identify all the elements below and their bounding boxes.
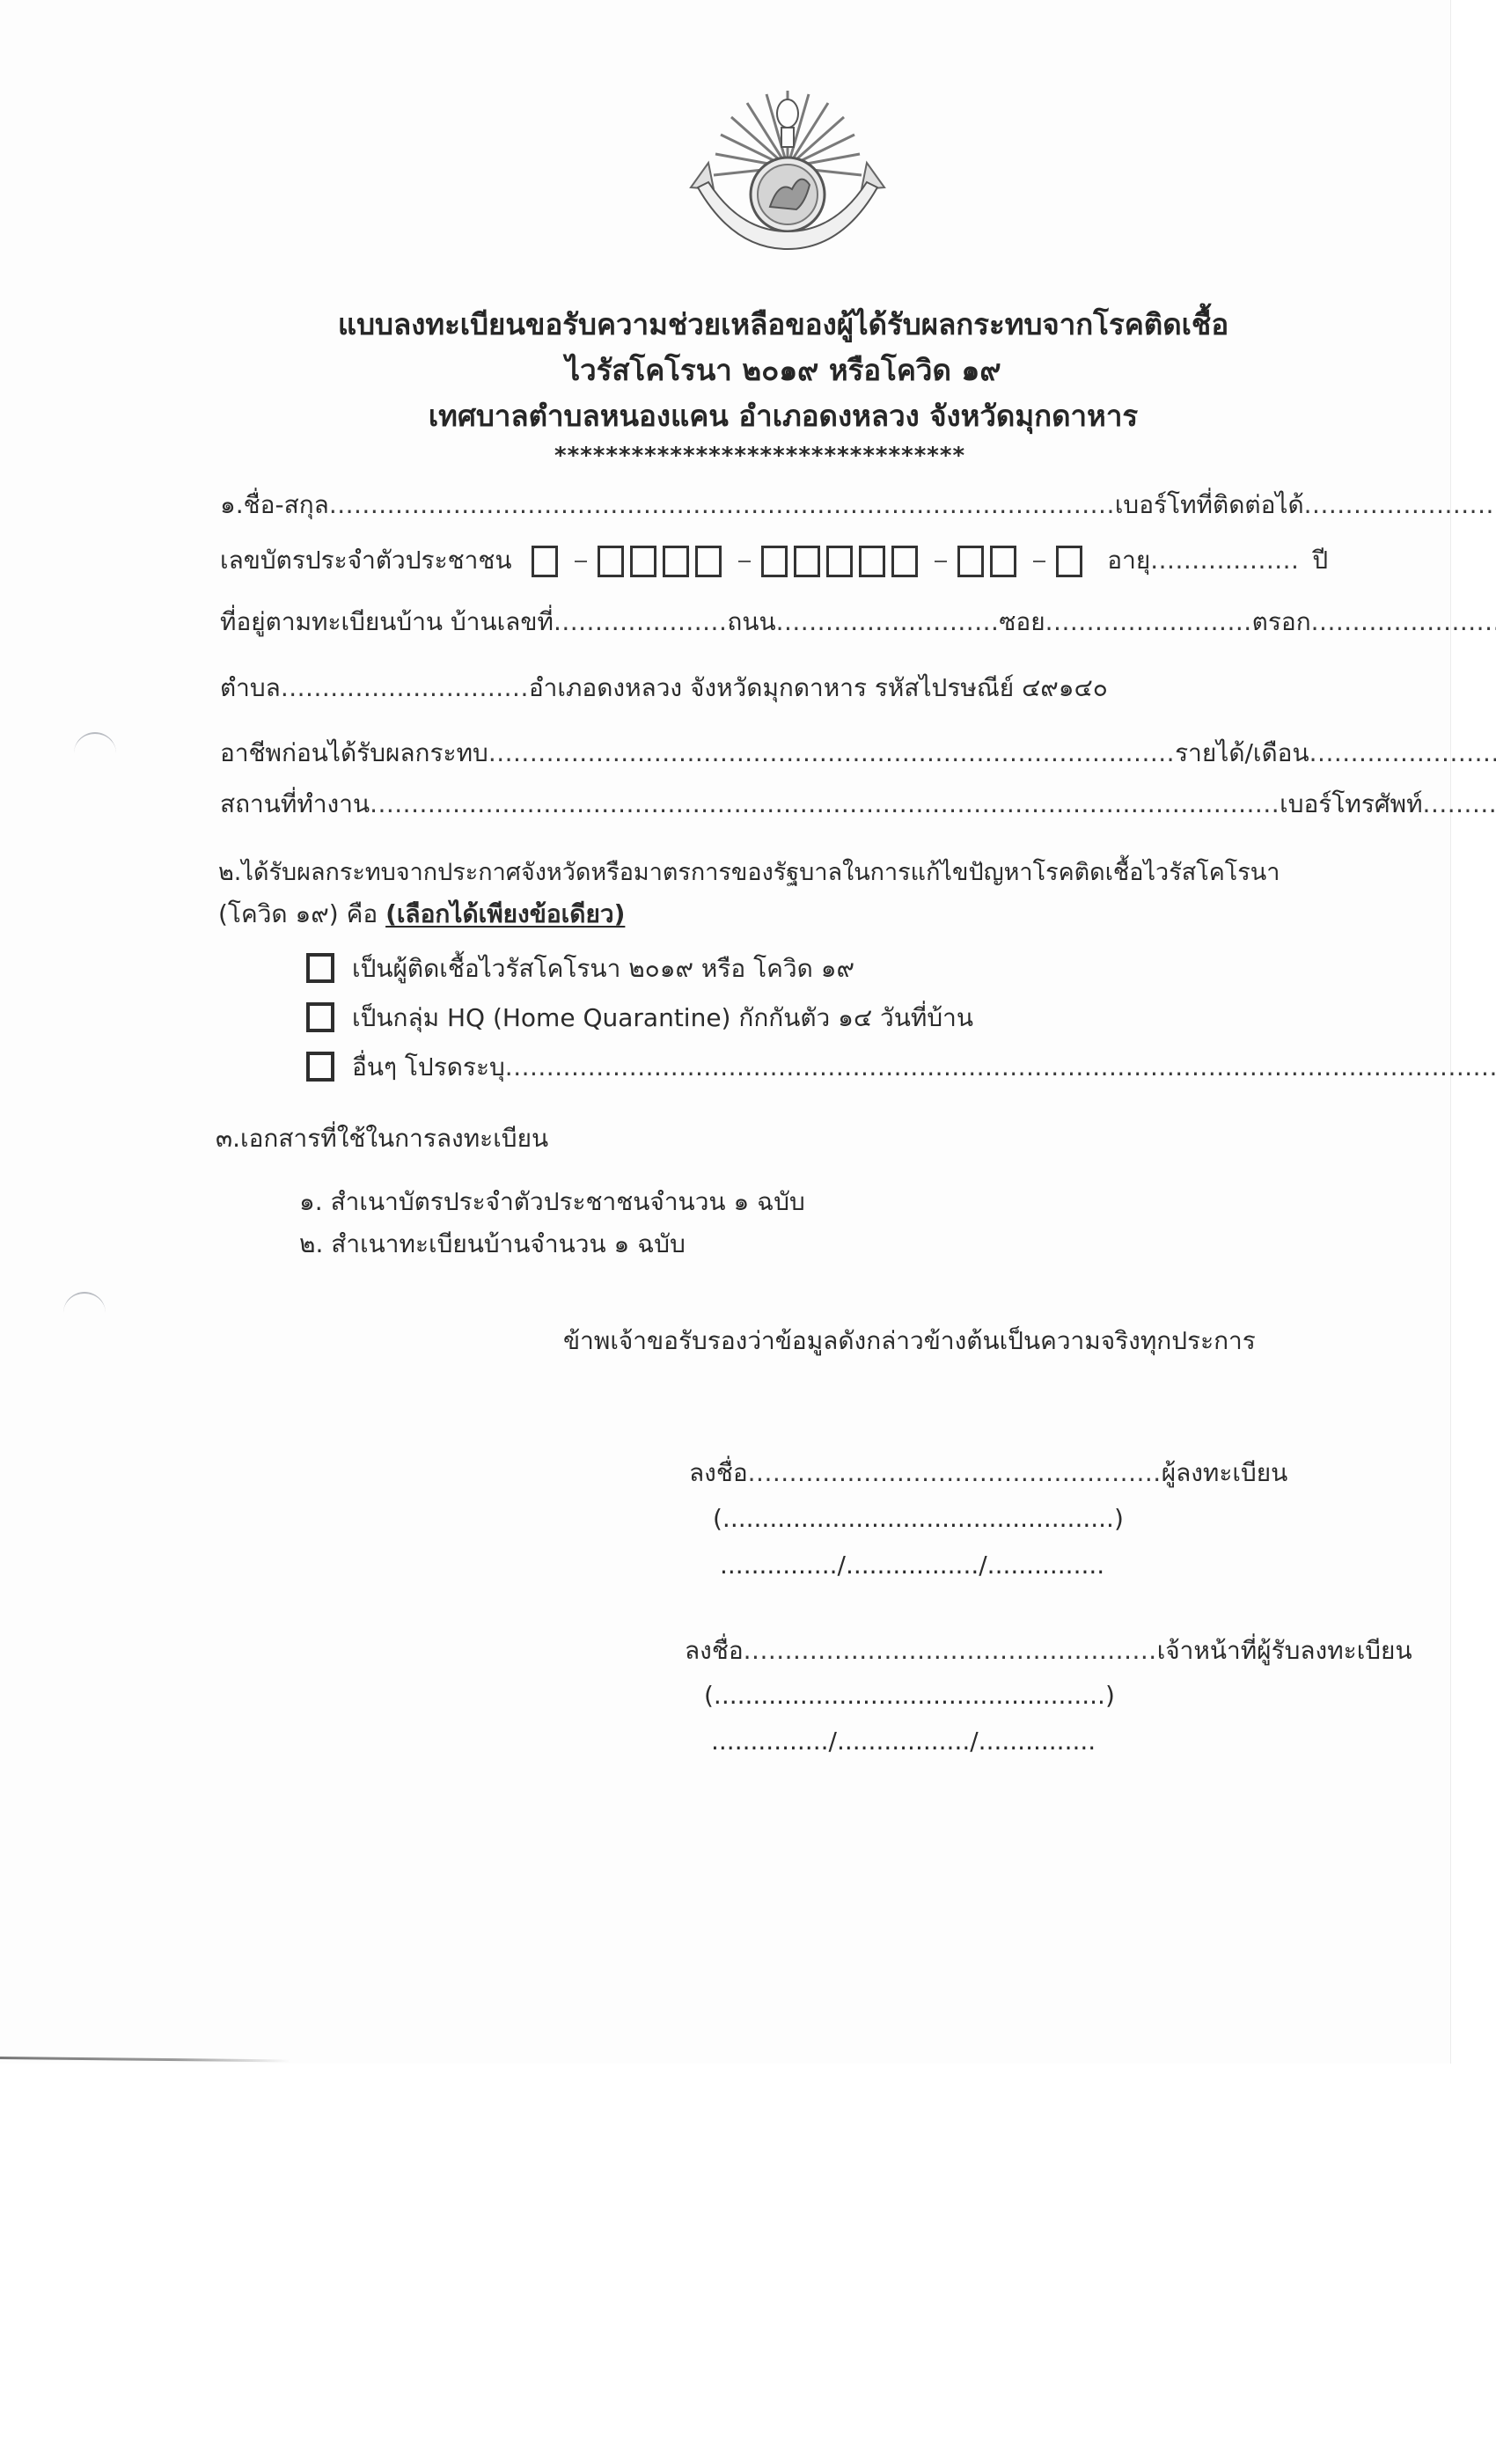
sign-label: ลงชื่อ — [685, 1636, 744, 1665]
address-label: ที่อยู่ตามทะเบียนบ้าน บ้านเลขที่ — [220, 607, 554, 636]
id-digit-box[interactable] — [990, 546, 1016, 577]
workplace-field[interactable]: ........................................… — [370, 789, 1280, 818]
document-item: ๑. สำเนาบัตรประจำตัวประชาชนจำนวน ๑ ฉบับ — [299, 1190, 805, 1214]
registrant-signature-field[interactable]: ........................................… — [748, 1458, 1162, 1487]
officer-signature-row: ลงชื่อ..................................… — [685, 1639, 1412, 1663]
workplace-row: สถานที่ทำงาน............................… — [220, 792, 1496, 817]
id-digit-group — [761, 546, 924, 577]
form-title-line-3: เทศบาลตำบลหนองแคน อำเภอดงหลวง จังหวัดมุก… — [0, 401, 1496, 430]
punch-hole-mark — [63, 1292, 106, 1313]
option-other-field[interactable]: ........................................… — [505, 1052, 1496, 1082]
address-row: ที่อยู่ตามทะเบียนบ้าน บ้านเลขที่........… — [220, 610, 1496, 634]
district-province-postcode: อำเภอดงหลวง จังหวัดมุกดาหาร รหัสไปรษณีย์… — [529, 673, 1108, 702]
id-separator-dash — [575, 561, 587, 562]
subdistrict-field[interactable]: .............................. — [281, 673, 529, 702]
road-label: ถนน — [727, 607, 775, 636]
certification-statement: ข้าพเจ้าขอรับรองว่าข้อมูลดังกล่าวข้างต้น… — [563, 1329, 1256, 1353]
option-other-label: อื่นๆ โปรดระบุ — [352, 1052, 505, 1082]
occupation-field[interactable]: ........................................… — [488, 738, 1175, 767]
id-digit-group — [957, 546, 1023, 577]
id-digit-box[interactable] — [695, 546, 722, 577]
option-other-row: อื่นๆ โปรดระบุ..........................… — [352, 1055, 1496, 1080]
officer-role: เจ้าหน้าที่ผู้รับลงทะเบียน — [1157, 1636, 1412, 1665]
registrant-role: ผู้ลงทะเบียน — [1162, 1458, 1288, 1487]
work-phone-field[interactable]: .................................. — [1423, 789, 1496, 818]
age-unit: ปี — [1312, 546, 1328, 575]
option-infected-label: เป็นผู้ติดเชื้อไวรัสโคโรนา ๒๐๑๙ หรือ โคว… — [352, 957, 854, 981]
alley-field[interactable]: .......................... — [1311, 607, 1496, 636]
id-card-row: เลขบัตรประจำตัวประชาชน อายุ.............… — [220, 546, 1328, 577]
income-field[interactable]: .................................... — [1309, 738, 1496, 767]
id-digit-group — [598, 546, 728, 577]
subdistrict-label: ตำบล — [220, 673, 281, 702]
age-field[interactable]: .................. — [1150, 546, 1299, 575]
form-title-line-1: แบบลงทะเบียนขอรับความช่วยเหลือของผู้ได้ร… — [0, 310, 1496, 339]
age-label: อายุ — [1107, 546, 1150, 575]
officer-name-field[interactable]: (.......................................… — [704, 1683, 1115, 1708]
registrant-name-field[interactable]: (.......................................… — [713, 1507, 1124, 1531]
soi-field[interactable]: ......................... — [1045, 607, 1252, 636]
id-digit-box[interactable] — [891, 546, 918, 577]
impact-question-line-2: (โควิด ๑๙) คือ (เลือกได้เพียงข้อเดียว) — [218, 902, 625, 927]
work-phone-label: เบอร์โทรศัพท์ — [1280, 789, 1422, 818]
id-card-label: เลขบัตรประจำตัวประชาชน — [220, 546, 511, 575]
option-other-checkbox[interactable] — [306, 1052, 334, 1082]
id-separator-dash — [738, 561, 751, 562]
registrant-date-field[interactable]: .............../................./......… — [720, 1553, 1104, 1578]
subdistrict-row: ตำบล..............................อำเภอด… — [220, 676, 1108, 700]
id-separator-dash — [1033, 561, 1045, 562]
id-digit-box[interactable] — [1056, 546, 1082, 577]
registrant-signature-row: ลงชื่อ..................................… — [689, 1461, 1287, 1485]
id-digit-box[interactable] — [761, 546, 788, 577]
id-digit-box[interactable] — [598, 546, 624, 577]
occupation-row: อาชีพก่อนได้รับผลกระทบ..................… — [220, 741, 1496, 766]
id-digit-box[interactable] — [532, 546, 558, 577]
select-one-note: (เลือกได้เพียงข้อเดียว) — [385, 899, 625, 928]
name-label: ๑.ชื่อ-สกุล — [220, 490, 329, 519]
alley-label: ตรอก — [1252, 607, 1311, 636]
name-row: ๑.ชื่อ-สกุล.............................… — [220, 493, 1496, 517]
id-digit-box[interactable] — [630, 546, 656, 577]
form-title-line-2: ไวรัสโคโรนา ๒๐๑๙ หรือโควิด ๑๙ — [0, 356, 1496, 385]
road-field[interactable]: ........................... — [776, 607, 1000, 636]
house-number-field[interactable]: ..................... — [554, 607, 727, 636]
header-separator: ******************************** — [554, 444, 965, 467]
name-field[interactable]: ........................................… — [329, 490, 1115, 519]
soi-label: ซอย — [999, 607, 1045, 636]
option-infected-checkbox[interactable] — [306, 953, 334, 983]
id-digit-box[interactable] — [663, 546, 689, 577]
id-card-number-boxes[interactable] — [532, 546, 1094, 575]
id-digit-box[interactable] — [859, 546, 885, 577]
punch-hole-mark — [74, 732, 116, 753]
occupation-label: อาชีพก่อนได้รับผลกระทบ — [220, 738, 488, 767]
id-separator-dash — [935, 561, 947, 562]
impact-question-prefix: (โควิด ๑๙) คือ — [218, 899, 385, 928]
phone-field[interactable]: ........................................… — [1304, 490, 1496, 519]
option-home-quarantine-checkbox[interactable] — [306, 1002, 334, 1032]
municipality-emblem-icon — [682, 84, 893, 260]
id-digit-box[interactable] — [794, 546, 820, 577]
income-label: รายได้/เดือน — [1175, 738, 1309, 767]
id-digit-box[interactable] — [826, 546, 853, 577]
id-digit-group — [1056, 546, 1089, 577]
workplace-label: สถานที่ทำงาน — [220, 789, 370, 818]
option-home-quarantine-label: เป็นกลุ่ม HQ (Home Quarantine) กักกันตัว… — [352, 1006, 973, 1030]
documents-heading: ๓.เอกสารที่ใช้ในการลงทะเบียน — [216, 1126, 548, 1151]
document-item: ๒. สำเนาทะเบียนบ้านจำนวน ๑ ฉบับ — [299, 1232, 686, 1257]
id-digit-box[interactable] — [957, 546, 984, 577]
id-digit-group — [532, 546, 564, 577]
scanned-page: แบบลงทะเบียนขอรับความช่วยเหลือของผู้ได้ร… — [0, 0, 1451, 2064]
impact-question-line-1: ๒.ได้รับผลกระทบจากประกาศจังหวัดหรือมาตรก… — [218, 861, 1280, 884]
officer-date-field[interactable]: .............../................./......… — [711, 1729, 1096, 1754]
sign-label: ลงชื่อ — [689, 1458, 748, 1487]
officer-signature-field[interactable]: ........................................… — [744, 1636, 1157, 1665]
phone-label: เบอร์โทที่ติดต่อได้ — [1115, 490, 1304, 519]
